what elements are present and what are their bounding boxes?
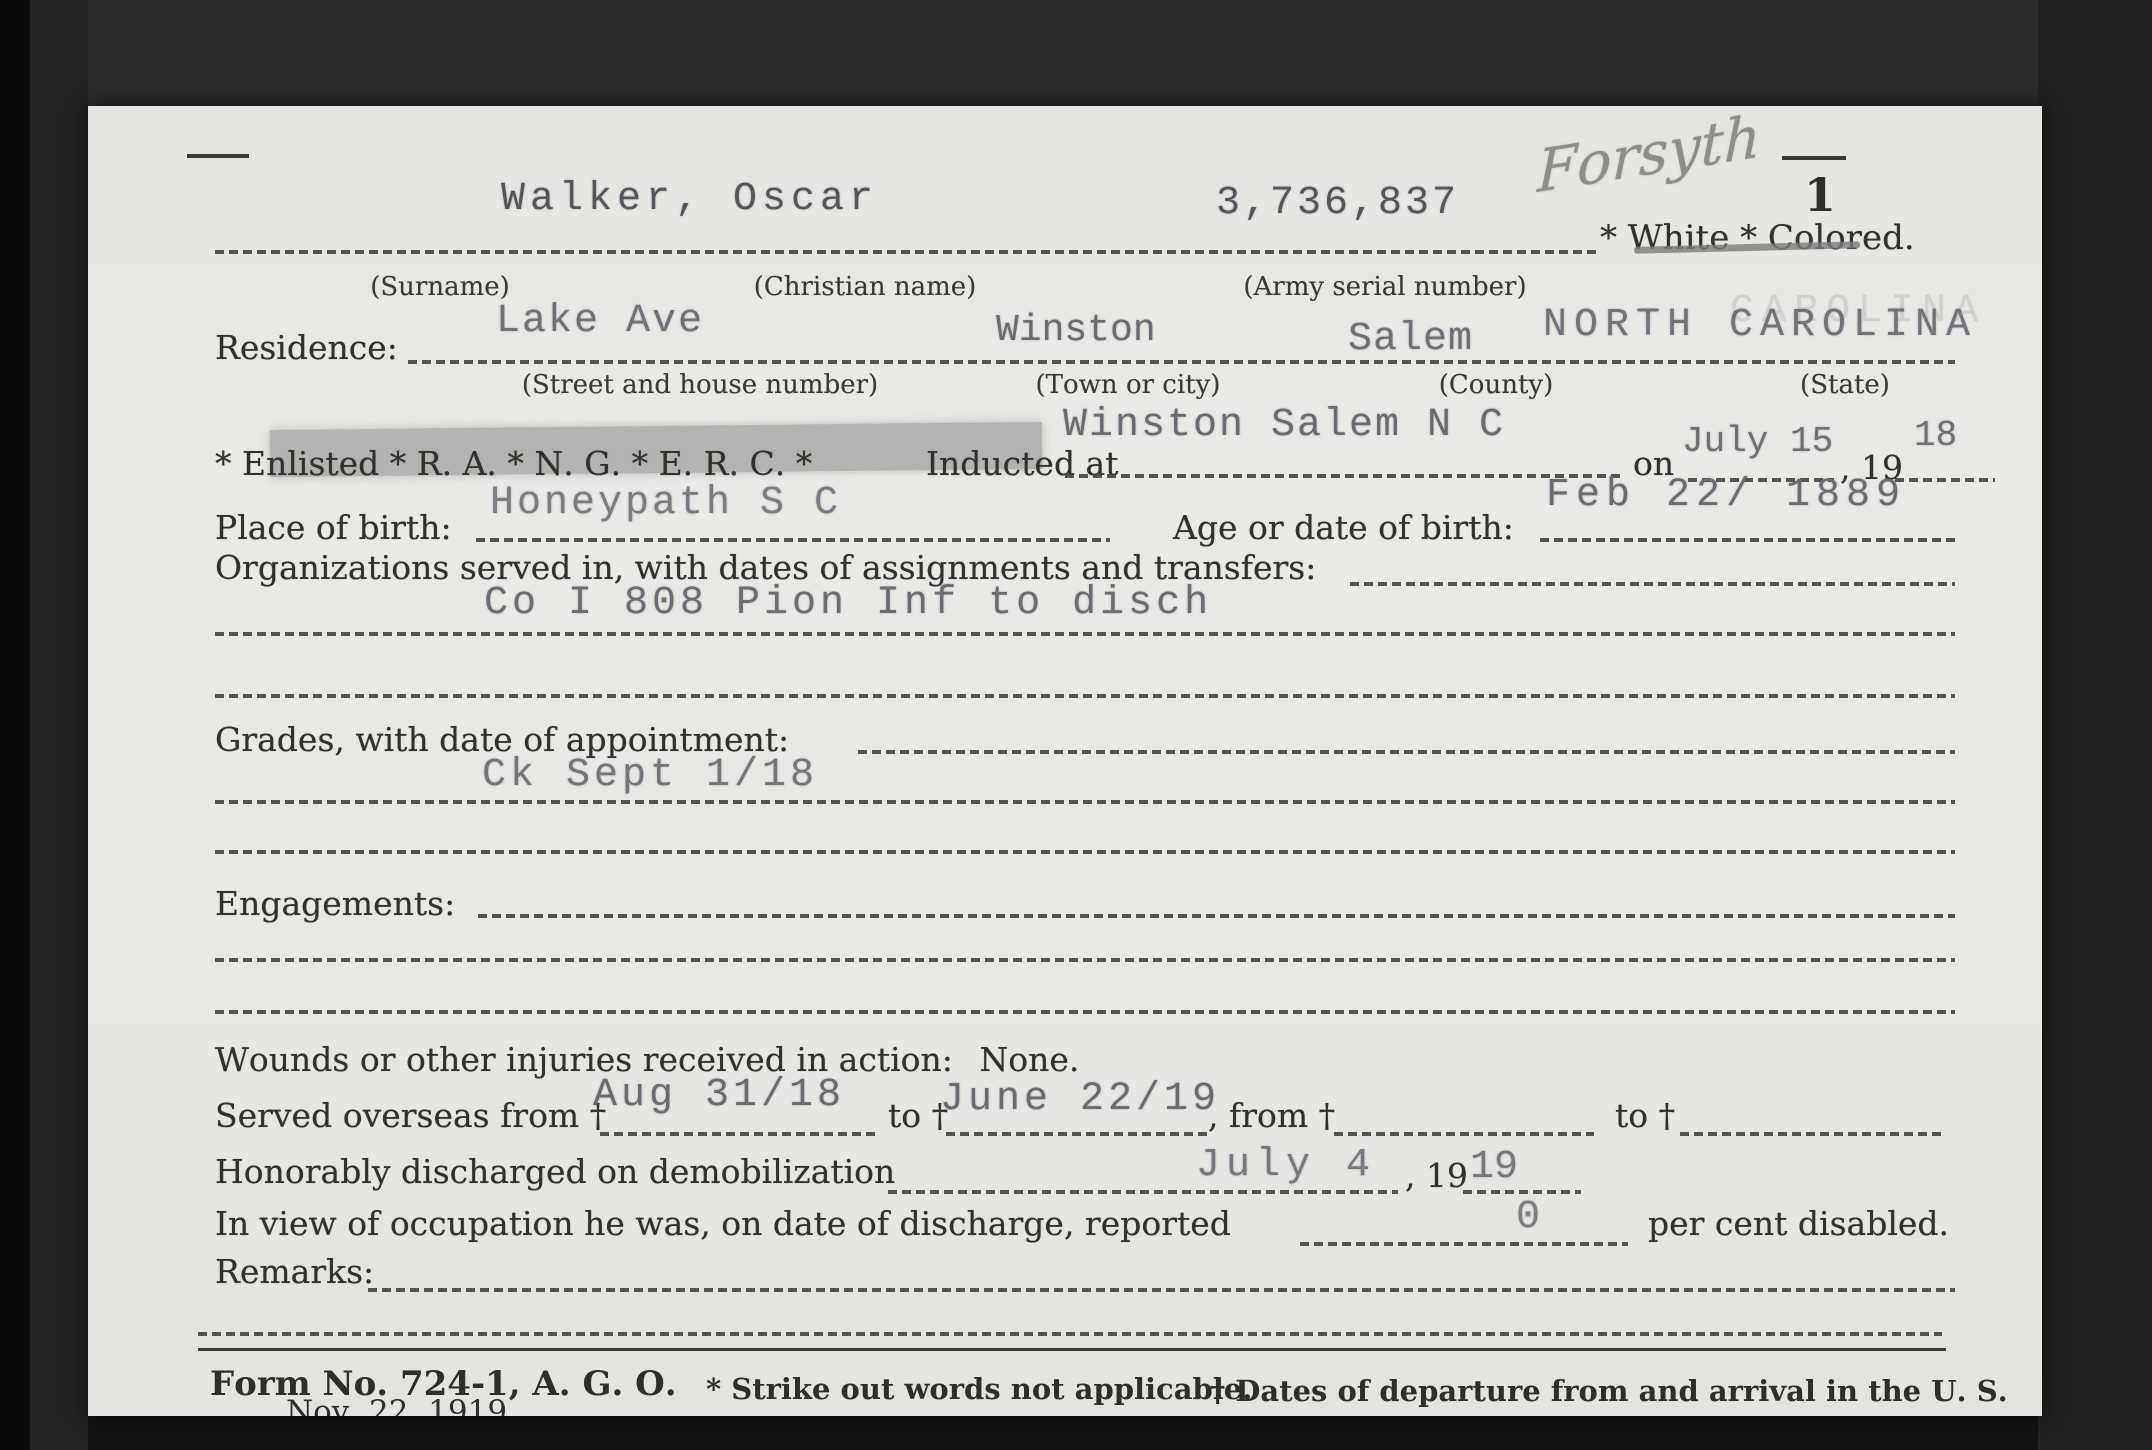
discharge-label: Honorably discharged on demobilization <box>215 1154 895 1190</box>
surname-caption: (Surname) <box>370 272 510 302</box>
inducted-at-value: Winston Salem N C <box>1063 406 1505 446</box>
grades-rule-3 <box>215 850 1955 854</box>
grades-rule-2 <box>215 800 1955 804</box>
birthdate-label: Age or date of birth: <box>1173 510 1514 546</box>
name-row-rule <box>215 250 1597 254</box>
background-left-edge <box>0 0 30 1450</box>
organizations-value: Co I 808 Pion Inf to disch <box>484 584 1212 624</box>
enlistment-options-label: * Enlisted * R. A. * N. G. * E. R. C. * <box>215 446 812 482</box>
top-left-dash-mark <box>187 154 249 158</box>
disability-value: 0 <box>1516 1198 1540 1238</box>
induction-year-value: 18 <box>1914 418 1957 454</box>
page-number-overline <box>1782 156 1846 160</box>
grades-value: Ck Sept 1/18 <box>482 756 818 796</box>
induction-date-value: July 15 <box>1682 424 1833 460</box>
organizations-rule-3 <box>215 694 1955 698</box>
discharge-rule <box>888 1190 1398 1194</box>
disability-suffix: per cent disabled. <box>1648 1206 1949 1242</box>
county-caption: (County) <box>1439 370 1553 400</box>
service-record-card: 1 Forsyth Walker, Oscar 3,736,837 * Whit… <box>88 106 2042 1416</box>
overseas-from2-label: , from † <box>1208 1098 1335 1134</box>
state-ghost-overprint: CAROLINA <box>1730 292 1986 332</box>
remarks-label: Remarks: <box>215 1254 374 1290</box>
surname-field-value: Walker, Oscar <box>501 180 878 220</box>
birthplace-label: Place of birth: <box>215 510 452 546</box>
grades-rule-1 <box>858 750 1955 754</box>
footnote-strike-out: * Strike out words not applicable. <box>706 1372 1252 1406</box>
wounds-value: None. <box>979 1040 1079 1079</box>
form-date: Nov. 22, 1919. <box>286 1394 517 1416</box>
residence-label: Residence: <box>215 330 398 366</box>
background-right-band <box>2038 0 2152 1450</box>
background-top-band <box>0 0 2152 106</box>
street-field-value: Lake Ave <box>496 302 704 342</box>
overseas-from2-rule <box>1334 1132 1594 1136</box>
page-number: 1 <box>1804 168 1836 222</box>
overseas-to2-rule <box>1680 1132 1942 1136</box>
discharge-year-prefix: , 19 <box>1405 1158 1468 1194</box>
engagements-rule-3 <box>215 1010 1955 1014</box>
organizations-rule-2 <box>215 632 1955 636</box>
disability-rule <box>1300 1242 1628 1246</box>
overseas-to-value: June 22/19 <box>940 1080 1220 1120</box>
birthdate-rule <box>1540 538 1955 542</box>
discharge-year-value: 19 <box>1470 1148 1518 1188</box>
background-bottom-band <box>0 1414 2152 1450</box>
birthplace-value: Honeypath S C <box>490 484 841 524</box>
scanned-photo: 1 Forsyth Walker, Oscar 3,736,837 * Whit… <box>0 0 2152 1450</box>
county-annotation-handwritten: Forsyth <box>1537 106 1762 206</box>
overseas-from-rule <box>600 1132 880 1136</box>
engagements-rule-1 <box>478 914 1955 918</box>
state-caption: (State) <box>1800 370 1890 400</box>
overseas-from-value: Aug 31/18 <box>593 1076 845 1116</box>
disability-label: In view of occupation he was, on date of… <box>215 1206 1231 1242</box>
footnote-dates: † Dates of departure from and arrival in… <box>1210 1374 2008 1408</box>
serial-field-value: 3,736,837 <box>1216 184 1459 224</box>
overseas-to2-label: to † <box>1615 1098 1675 1134</box>
overseas-to-rule <box>946 1132 1208 1136</box>
overseas-from-label: Served overseas from † <box>215 1098 606 1134</box>
residence-rule <box>408 360 1955 364</box>
induction-year-rule <box>1895 478 1995 482</box>
discharge-date-value: July 4 <box>1196 1146 1376 1186</box>
christian-name-caption: (Christian name) <box>754 272 977 302</box>
street-caption: (Street and house number) <box>522 370 878 400</box>
discharge-year-rule <box>1463 1190 1581 1194</box>
town-field-value: Winston <box>996 312 1156 350</box>
engagements-label: Engagements: <box>215 886 455 922</box>
footer-dotted-rule <box>198 1332 1942 1336</box>
footer-solid-rule <box>198 1348 1946 1351</box>
county-field-value: Salem <box>1348 320 1473 360</box>
remarks-rule <box>368 1288 1955 1292</box>
birthplace-rule <box>476 538 1110 542</box>
inducted-at-rule <box>1065 474 1621 478</box>
serial-number-caption: (Army serial number) <box>1243 272 1526 302</box>
organizations-rule-1 <box>1350 582 1955 586</box>
birthdate-value: Feb 22/ 1889 <box>1546 476 1906 516</box>
background-left-texture <box>30 0 88 1450</box>
engagements-rule-2 <box>215 958 1955 962</box>
town-caption: (Town or city) <box>1036 370 1221 400</box>
